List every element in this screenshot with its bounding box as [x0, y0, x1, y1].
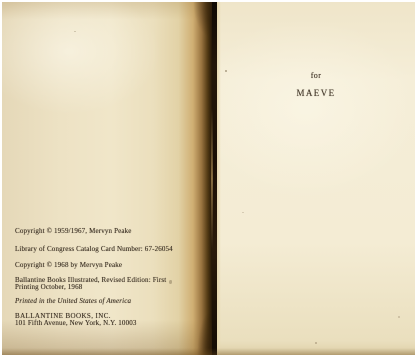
dedication-name: MAEVE [217, 88, 415, 98]
loc-catalog-line: Library of Congress Catalog Card Number:… [15, 246, 173, 253]
paper-speck [315, 342, 317, 344]
paper-speck [169, 280, 172, 284]
right-page-inner-edge [217, 2, 221, 355]
copyright-line-1959: Copyright © 1959/1967, Mervyn Peake [15, 228, 132, 235]
paper-speck [225, 70, 227, 72]
right-page [217, 2, 415, 355]
paper-speck [398, 316, 400, 318]
paper-speck [74, 31, 76, 32]
edition-line-2: Printing October, 1968 [15, 284, 82, 291]
open-book-photo: Copyright © 1959/1967, Mervyn Peake Libr… [2, 2, 415, 355]
gutter-edge-highlight [211, 108, 213, 249]
copyright-line-1968: Copyright © 1968 by Mervyn Peake [15, 262, 122, 269]
paper-speck [242, 212, 244, 213]
publisher-address-line: 101 Fifth Avenue, New York, N.Y. 10003 [15, 320, 137, 327]
printed-in-usa-line: Printed in the United States of America [15, 298, 131, 305]
dedication-word: for [217, 71, 415, 80]
gutter-shadow-top [184, 2, 212, 54]
gutter-shadow-bottom [188, 285, 212, 355]
